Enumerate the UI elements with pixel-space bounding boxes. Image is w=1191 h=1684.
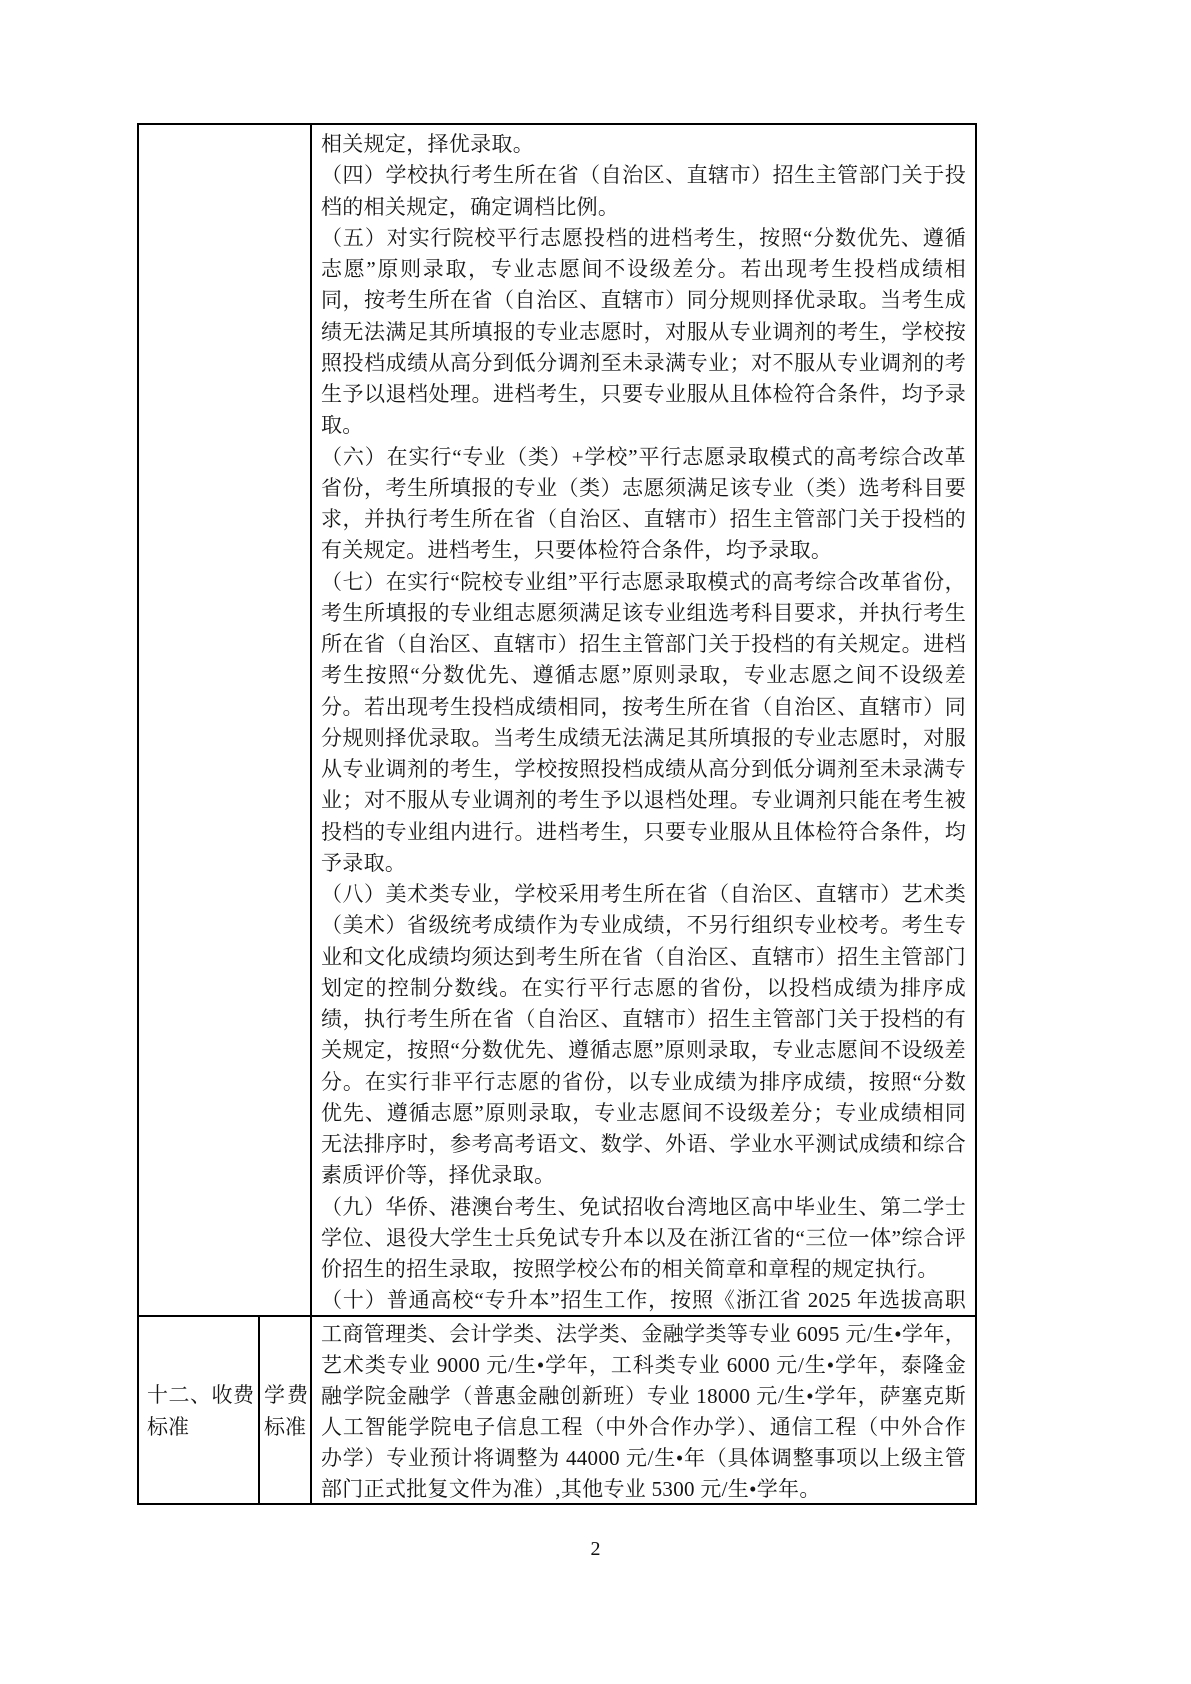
fee-category-cell: 十二、收费标准: [139, 1317, 260, 1504]
table-row-admission-rules: 相关规定，择优录取。 （四）学校执行考生所在省（自治区、直辖市）招生主管部门关于…: [139, 125, 975, 1315]
tuition-standard-label: 学费标准: [264, 1379, 308, 1443]
paragraph-rule-4: （四）学校执行考生所在省（自治区、直辖市）招生主管部门关于投档的相关规定，确定调…: [321, 160, 966, 223]
paragraph-rule-9: （九）华侨、港澳台考生、免试招收台湾地区高中毕业生、第二学士学位、退役大学生士兵…: [321, 1192, 966, 1286]
paragraph-rule-10: （十）普通高校“专升本”招生工作，按照《浙江省 2025 年选拔高职高专毕业生进…: [321, 1285, 966, 1315]
fee-category-label: 十二、收费标准: [147, 1379, 254, 1443]
empty-label-cell: [139, 125, 312, 1315]
tuition-standard-cell: 学费标准: [260, 1317, 312, 1504]
page-number: 2: [0, 1538, 1191, 1561]
paragraph-continuation: 相关规定，择优录取。: [321, 129, 966, 160]
paragraph-rule-6: （六）在实行“专业（类）+学校”平行志愿录取模式的高考综合改革省份，考生所填报的…: [321, 442, 966, 567]
fee-details-cell: 工商管理类、会计学类、法学类、金融学类等专业 6095 元/生•学年，艺术类专业…: [312, 1317, 975, 1504]
admissions-charter-table: 相关规定，择优录取。 （四）学校执行考生所在省（自治区、直辖市）招生主管部门关于…: [137, 123, 977, 1505]
table-row-fee-standards: 十二、收费标准 学费标准 工商管理类、会计学类、法学类、金融学类等专业 6095…: [139, 1315, 975, 1504]
fee-details-text: 工商管理类、会计学类、法学类、金融学类等专业 6095 元/生•学年，艺术类专业…: [321, 1319, 966, 1504]
document-page: 相关规定，择优录取。 （四）学校执行考生所在省（自治区、直辖市）招生主管部门关于…: [0, 0, 1191, 1684]
admission-rules-content-cell: 相关规定，择优录取。 （四）学校执行考生所在省（自治区、直辖市）招生主管部门关于…: [312, 125, 975, 1315]
paragraph-rule-7: （七）在实行“院校专业组”平行志愿录取模式的高考综合改革省份，考生所填报的专业组…: [321, 567, 966, 880]
paragraph-rule-5: （五）对实行院校平行志愿投档的进档考生，按照“分数优先、遵循志愿”原则录取，专业…: [321, 223, 966, 442]
paragraph-rule-8: （八）美术类专业，学校采用考生所在省（自治区、直辖市）艺术类（美术）省级统考成绩…: [321, 879, 966, 1192]
